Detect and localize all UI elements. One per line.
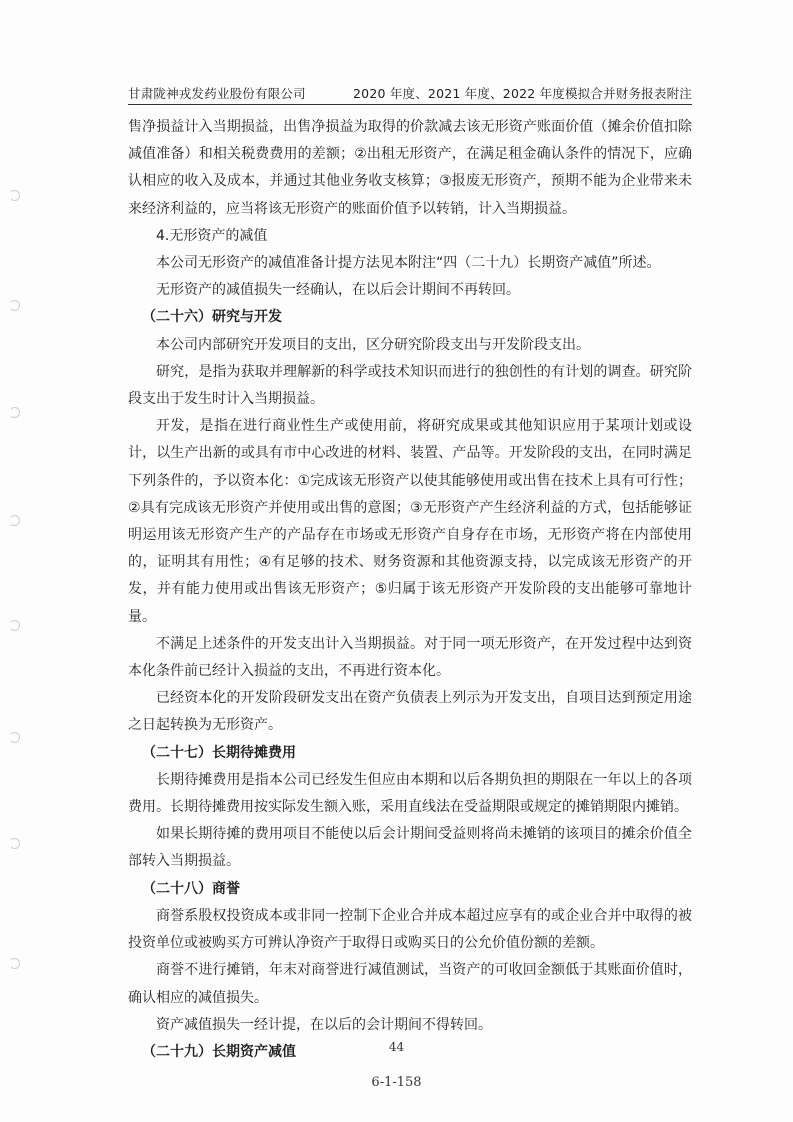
paragraph: 研究，是指为获取并理解新的科学或技术知识而进行的独创性的有计划的调查。研究阶段支… [128,359,692,413]
paragraph: 商誉不进行摊销，年末对商誉进行减值测试，当资产的可收回金额低于其账面价值时，确认… [128,957,692,1011]
punch-hole-mark [9,407,20,418]
paragraph: 本公司内部研究开发项目的支出，区分研究阶段支出与开发阶段支出。 [128,332,692,359]
punch-hole-mark [9,190,20,201]
page-header: 甘肃陇神戎发药业股份有限公司 2020 年度、2021 年度、2022 年度模拟… [128,80,692,105]
punch-hole-mark [9,732,20,743]
section-heading: （二十六）研究与开发 [128,304,692,331]
subsection-title: 4.无形资产的减值 [128,223,692,250]
paragraph: 如果长期待摊的费用项目不能使以后会计期间受益则将尚未摊销的该项目的摊余价值全部转… [128,821,692,875]
document-code: 6-1-158 [0,1075,793,1090]
paragraph: 无形资产的减值损失一经确认，在以后会计期间不再转回。 [128,277,692,304]
company-name: 甘肃陇神戎发药业股份有限公司 [128,84,306,102]
punch-hole-mark [9,838,20,849]
paragraph: 开发，是指在进行商业性生产或使用前，将研究成果或其他知识应用于某项计划或设计，以… [128,413,692,631]
section-heading: （二十八）商誉 [128,876,692,903]
paragraph: 售净损益计入当期损益，出售净损益为取得的价款减去该无形资产账面价值（摊余价值扣除… [128,114,692,223]
paragraph: 资产减值损失一经计提，在以后的会计期间不得转回。 [128,1012,692,1039]
punch-hole-mark [9,620,20,631]
paragraph: 不满足上述条件的开发支出计入当期损益。对于同一项无形资产，在开发过程中达到资本化… [128,631,692,685]
paragraph: 商誉系股权投资成本或非同一控制下企业合并成本超过应享有的或企业合并中取得的被投资… [128,903,692,957]
paragraph: 已经资本化的开发阶段研发支出在资产负债表上列示为开发支出，自项目达到预定用途之日… [128,685,692,739]
page-number: 44 [0,1040,793,1054]
punch-hole-mark [9,300,20,311]
document-body: 售净损益计入当期损益，出售净损益为取得的价款减去该无形资产账面价值（摊余价值扣除… [128,114,692,1066]
paragraph: 本公司无形资产的减值准备计提方法见本附注“四（二十九）长期资产减值”所述。 [128,250,692,277]
paragraph: 长期待摊费用是指本公司已经发生但应由本期和以后各期负担的期限在一年以上的各项费用… [128,767,692,821]
section-heading: （二十七）长期待摊费用 [128,740,692,767]
punch-hole-mark [9,958,20,969]
punch-hole-mark [9,515,20,526]
report-title: 2020 年度、2021 年度、2022 年度模拟合并财务报表附注 [353,84,692,102]
